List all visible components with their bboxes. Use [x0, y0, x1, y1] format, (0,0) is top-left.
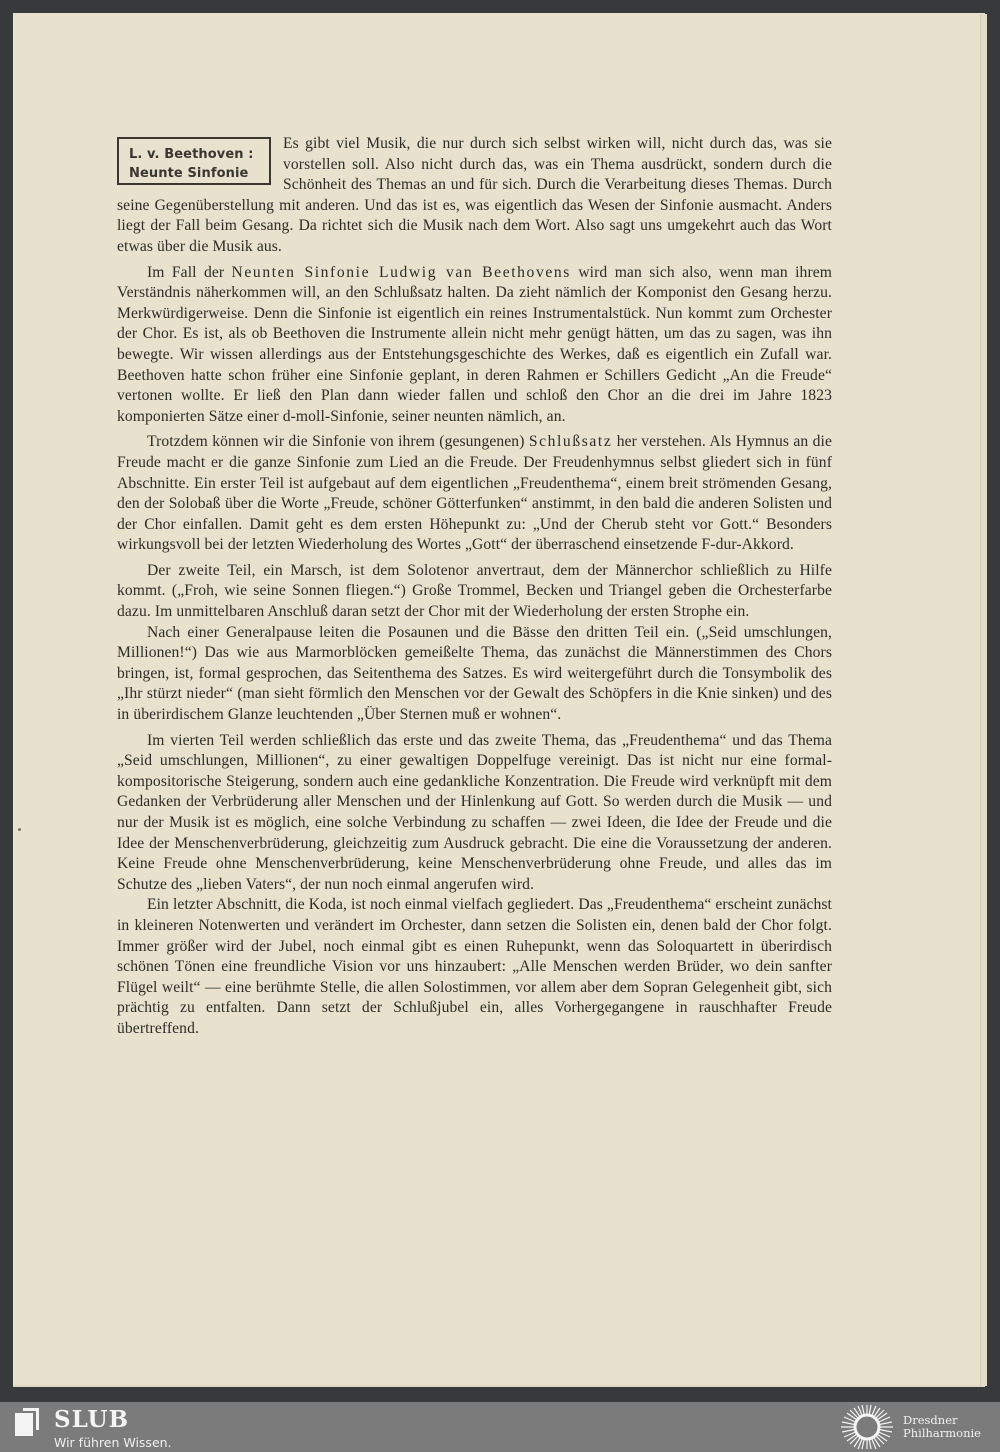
slub-logo-text[interactable]: SLUB: [54, 1406, 129, 1433]
margin-speck: [18, 828, 21, 831]
slub-tagline: Wir führen Wissen.: [54, 1435, 172, 1450]
title-work: Neunte Sinfonie: [129, 164, 269, 183]
paragraph-part-three: Nach einer Generalpause leiten die Posau…: [117, 623, 832, 726]
paragraph-ninth-symphony: Im Fall der Neunten Sinfonie Ludwig van …: [117, 263, 832, 428]
footer-bar: SLUB Wir führen Wissen.: [0, 1402, 1000, 1452]
title-box: L. v. Beethoven : Neunte Sinfonie: [117, 137, 271, 185]
paragraph-coda: Ein letzter Abschnitt, die Koda, ist noc…: [117, 895, 832, 1039]
emphasis-finale: Schlußsatz: [529, 433, 613, 450]
paragraph-final-movement: Trotzdem können wir die Sinfonie von ihr…: [117, 432, 832, 556]
title-composer: L. v. Beethoven :: [129, 145, 269, 164]
emphasis-ninth: Neunten Sinfonie Ludwig van Beethovens: [232, 264, 571, 281]
sunburst-ring-icon[interactable]: [840, 1404, 894, 1450]
page-edge-shadow: [980, 14, 987, 1386]
paragraph-part-two: Der zweite Teil, ein Marsch, ist dem Sol…: [117, 561, 832, 623]
book-pages-icon: [14, 1407, 40, 1437]
paragraph-part-four: Im vierten Teil werden schließlich das e…: [117, 731, 832, 896]
dresdner-philharmonie-logo-text[interactable]: Dresdner Philharmonie: [903, 1414, 981, 1440]
article-body: L. v. Beethoven : Neunte Sinfonie Es gib…: [117, 134, 832, 1040]
